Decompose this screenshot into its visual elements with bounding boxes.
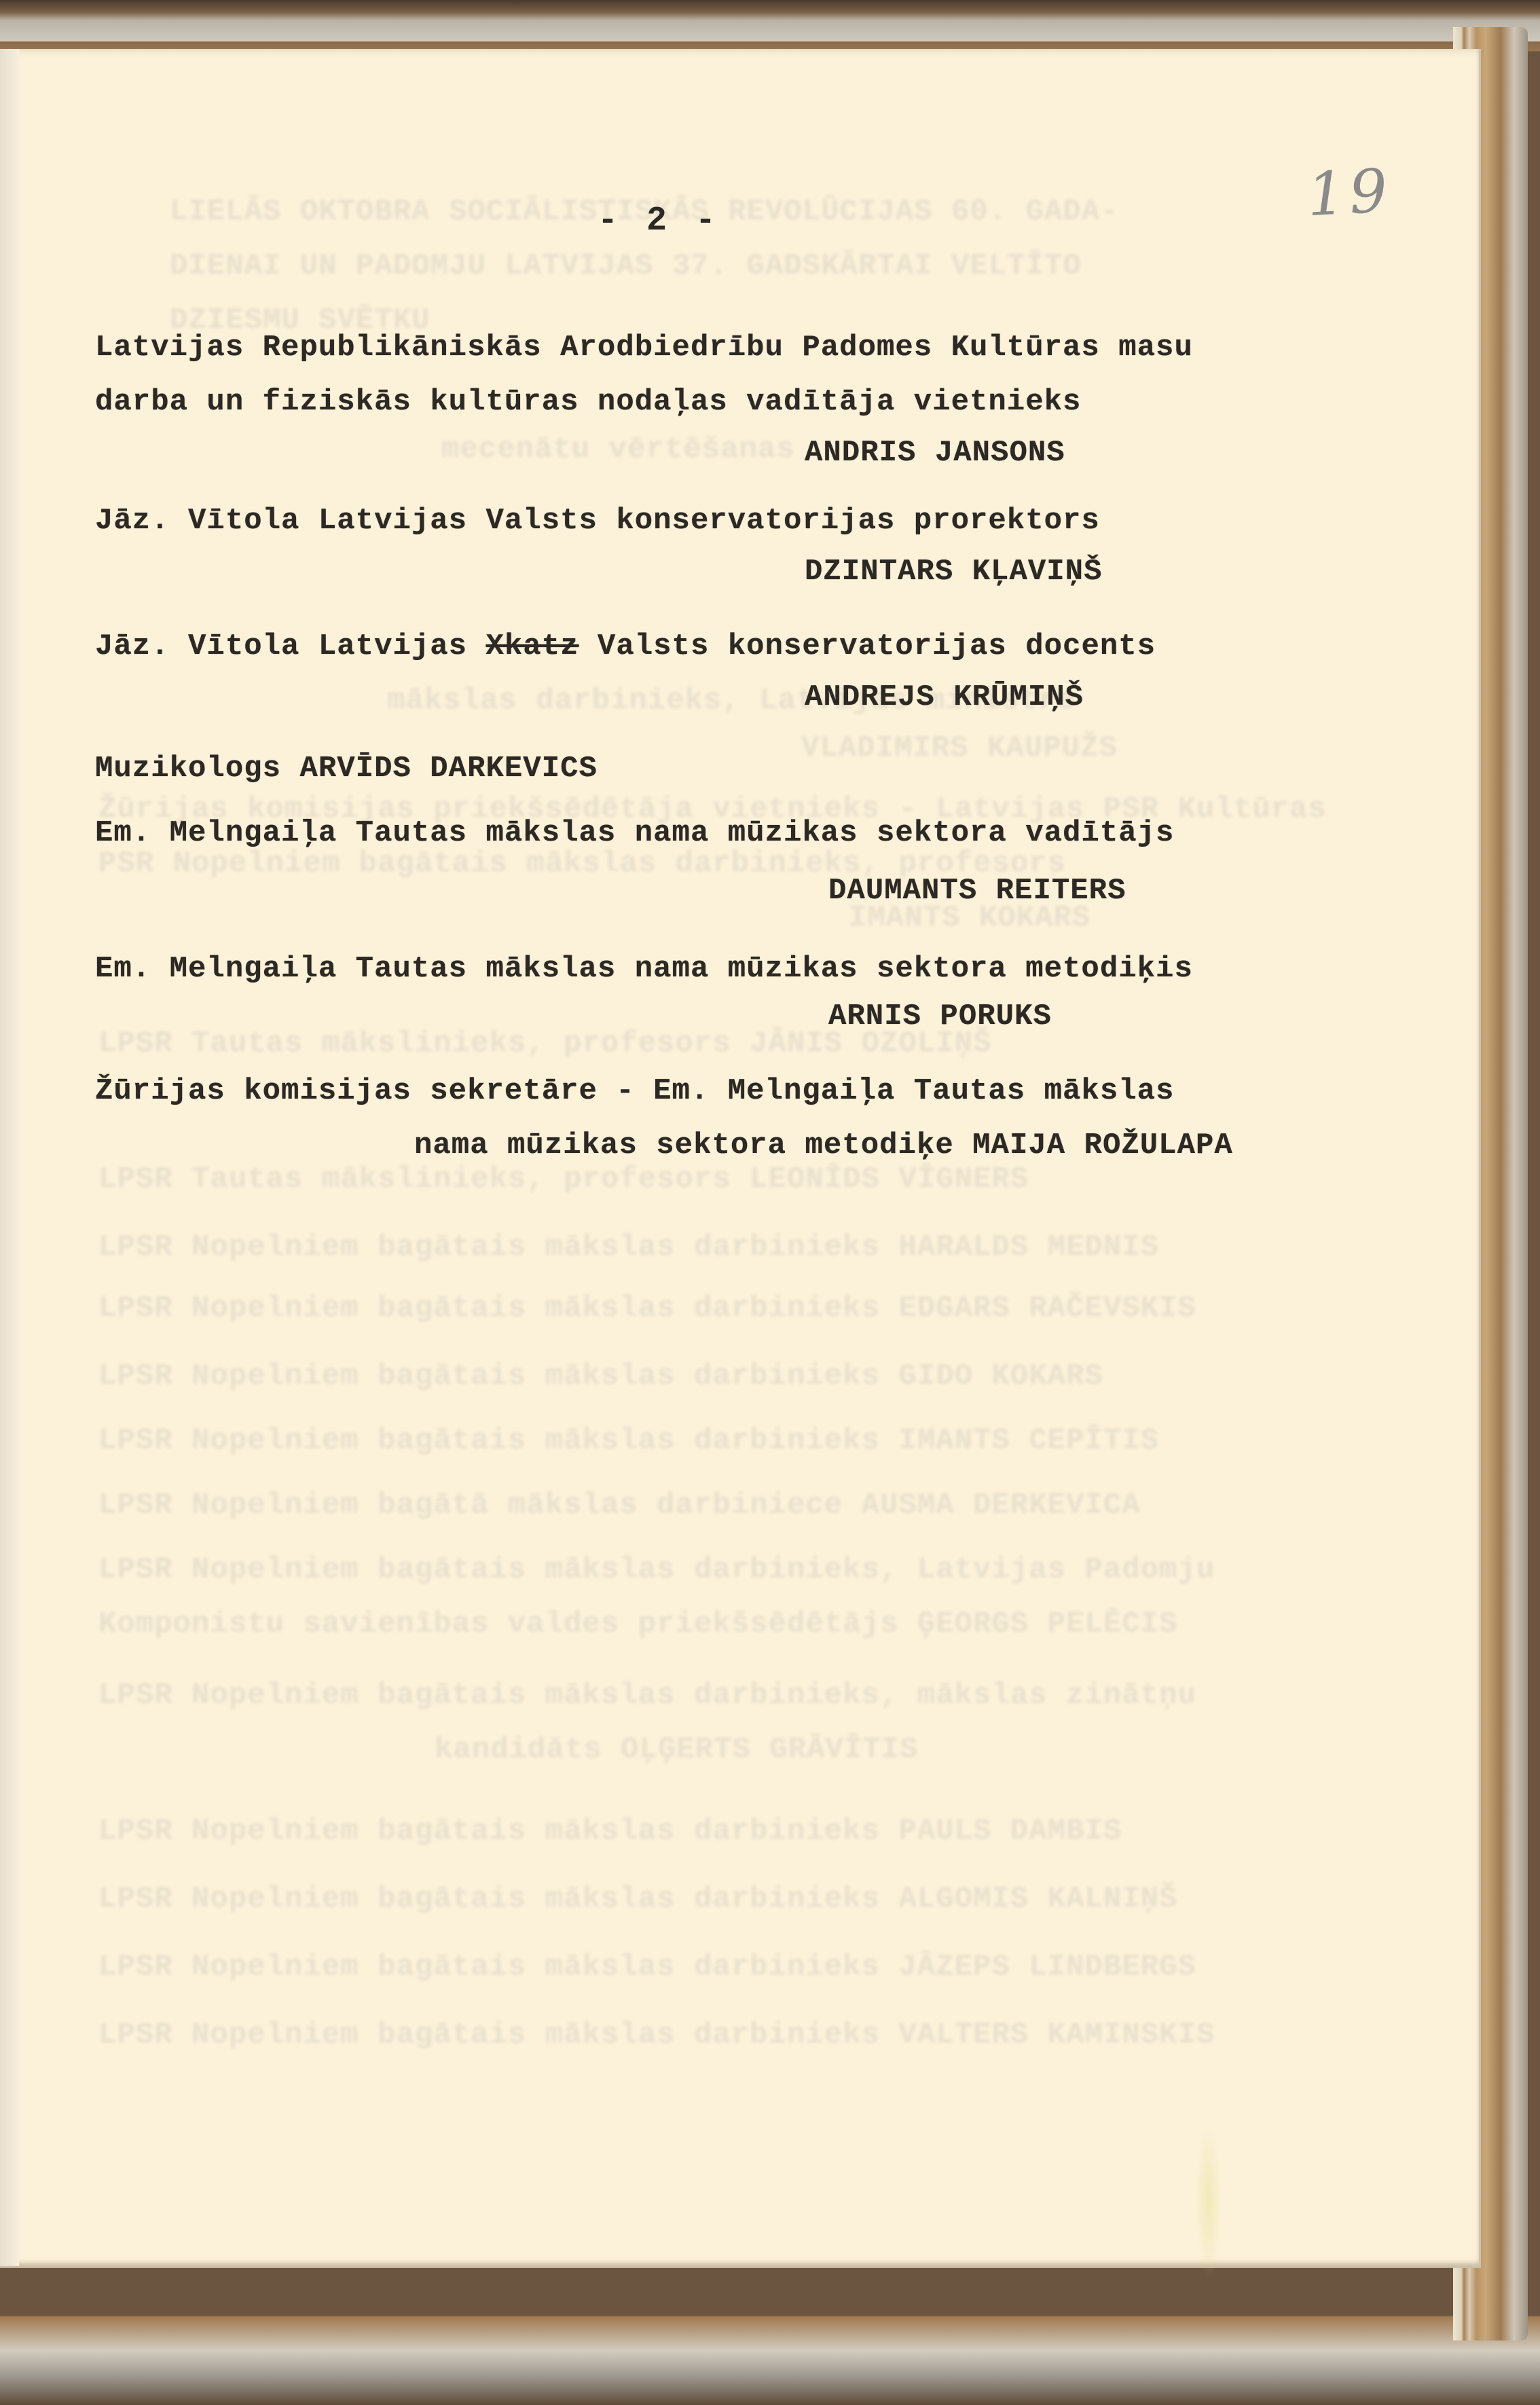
entry-title-line: Latvijas Republikāniskās Arodbiedrību Pa… xyxy=(95,331,1193,365)
bleed-line: DIENAI UN PADOMJU LATVIJAS 37. GADSKĀRTA… xyxy=(170,249,1082,283)
title-prefix: Jāz. Vītola Latvijas xyxy=(95,629,486,663)
bleed-line: LPSR Nopelniem bagātais mākslas darbinie… xyxy=(98,1950,1196,1984)
bleed-line: LPSR Nopelniem bagātais mākslas darbinie… xyxy=(98,1230,1159,1264)
entry-name: DZINTARS KĻAVIŅŠ xyxy=(805,555,1102,589)
bleed-line: LPSR Nopelniem bagātais mākslas darbinie… xyxy=(98,1678,1196,1712)
bleed-line: LPSR Nopelniem bagātā mākslas darbiniece… xyxy=(98,1488,1141,1522)
entry-title-line: darba un fiziskās kultūras nodaļas vadīt… xyxy=(95,385,1081,419)
bleed-line: LPSR Nopelniem bagātais mākslas darbinie… xyxy=(98,2018,1215,2052)
struck-out-word: Xkatz xyxy=(486,629,579,663)
page-number: - 2 - xyxy=(598,202,720,240)
bleed-line: LPSR Nopelniem bagātais mākslas darbinie… xyxy=(98,1553,1215,1587)
paper-stain xyxy=(1195,2120,1222,2283)
entry-title-line: Em. Melngaiļa Tautas mākslas nama mūzika… xyxy=(95,952,1193,986)
bleed-line: VLADIMIRS KAUPUŽS xyxy=(801,731,1118,765)
entry-name: ARNIS PORUKS xyxy=(828,999,1052,1033)
bleed-line: mecenātu vērtēšanas xyxy=(441,433,795,466)
entry-title-line: Jāz. Vītola Latvijas Xkatz Valsts konser… xyxy=(95,629,1156,663)
bleed-line: LPSR Tautas mākslinieks, profesors LEONĪ… xyxy=(98,1162,1029,1196)
entry-title-line: Žūrijas komisijas sekretāre - Em. Melnga… xyxy=(95,1074,1174,1108)
entry-name: DAUMANTS REITERS xyxy=(828,874,1126,908)
entry-name: ANDREJS KRŪMIŅŠ xyxy=(805,680,1084,714)
entry-title-line: Muzikologs ARVĪDS DARKEVICS xyxy=(95,752,598,786)
entry-name: ANDRIS JANSONS xyxy=(805,436,1065,470)
document-page: LIELĀS OKTOBRA SOCIĀLISTISKĀS REVOLŪCIJA… xyxy=(0,49,1481,2268)
bleed-line: Komponistu savienības valdes priekšsēdēt… xyxy=(98,1607,1177,1641)
entry-title-line: nama mūzikas sektora metodiķe MAIJA ROŽU… xyxy=(414,1128,1233,1162)
bleed-line: LPSR Nopelniem bagātais mākslas darbinie… xyxy=(98,1291,1196,1325)
title-suffix: Valsts konservatorijas docents xyxy=(579,629,1156,663)
bleed-line: LPSR Nopelniem bagātais mākslas darbinie… xyxy=(98,1814,1122,1848)
bleed-line: LPSR Nopelniem bagātais mākslas darbinie… xyxy=(98,1359,1103,1393)
entry-title-line: Em. Melngaiļa Tautas mākslas nama mūzika… xyxy=(95,816,1174,850)
bleed-line: LPSR Nopelniem bagātais mākslas darbinie… xyxy=(98,1882,1177,1916)
entry-title-line: Jāz. Vītola Latvijas Valsts konservatori… xyxy=(95,504,1100,538)
bleed-line: kandidāts OĻĢERTS GRĀVĪTIS xyxy=(435,1733,919,1767)
bleed-line: LPSR Nopelniem bagātais mākslas darbinie… xyxy=(98,1424,1159,1458)
handwritten-folio-number: 19 xyxy=(1305,155,1393,230)
